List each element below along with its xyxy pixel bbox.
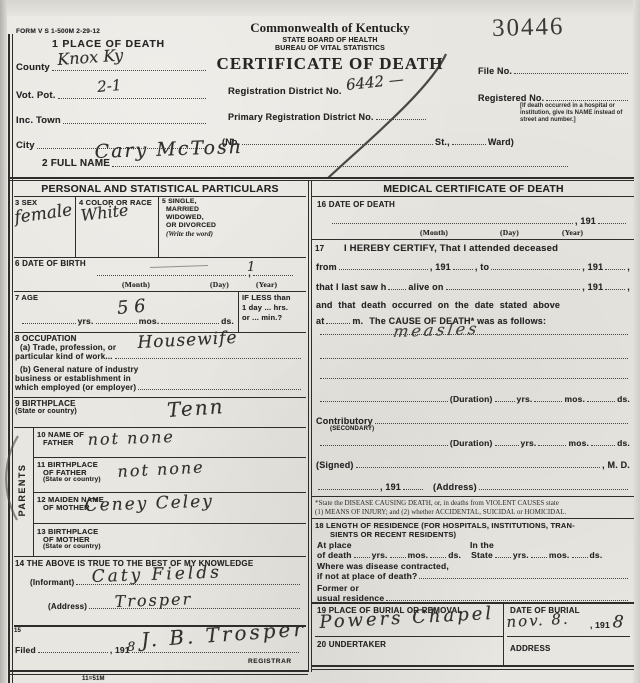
filed-year-handwriting: 8: [127, 640, 135, 655]
informant-address-label: (Address): [48, 602, 87, 611]
comma: ,: [627, 262, 630, 272]
vot-pot-label: Vot. Pot.: [16, 90, 56, 101]
dotted-leader: [491, 268, 580, 270]
dotted-leader: [546, 99, 628, 101]
rule: [14, 291, 306, 292]
year-printed: , 191: [582, 262, 603, 272]
signed-label: (Signed): [316, 460, 354, 470]
dotted-leader: [587, 400, 615, 402]
certify-line: I HEREBY CERTIFY, That I attended deceas…: [344, 243, 558, 254]
footnote-line-1: *State the DISEASE CAUSING DEATH, or, in…: [315, 499, 632, 508]
md-label: , M. D.: [602, 460, 630, 470]
dotted-leader: [132, 651, 299, 653]
file-no-label: File No.: [478, 66, 512, 76]
dotted-leader: [538, 444, 566, 446]
certificate-number: 30446: [492, 13, 565, 43]
year-printed: , 191: [380, 482, 401, 492]
marital-label-4: OR DIVORCED: [166, 222, 216, 229]
dotted-leader: [320, 333, 628, 335]
duration-line-2: (Duration) yrs. mos. ds.: [318, 438, 630, 448]
dotted-leader: [598, 222, 626, 224]
at-label: at: [316, 316, 324, 326]
mos-label: mos.: [568, 438, 589, 448]
yrs-label: yrs.: [521, 438, 537, 448]
yrs-label: yrs.: [78, 316, 94, 326]
dotted-leader: [495, 556, 511, 558]
dob-day-label: (Day): [210, 280, 229, 289]
date-of-death-label: 16 DATE OF DEATH: [317, 200, 395, 209]
marital-label-1: 5 SINGLE,: [162, 198, 197, 205]
yrs-label: yrs.: [372, 550, 388, 560]
contributory-line: Contributory: [316, 416, 630, 426]
residence-heading-2: SIENTS OR RECENT RESIDENTS): [330, 530, 456, 539]
rule: [33, 457, 306, 458]
registered-no-label: Registered No.: [478, 93, 544, 103]
form-number: FORM V S 1-500M 2-29-12: [16, 28, 100, 35]
father-birthplace-handwriting: not none: [117, 457, 205, 481]
dotted-leader: [572, 556, 588, 558]
bottom-rule-left-2: [8, 674, 308, 675]
dotted-leader: [58, 97, 206, 99]
dotted-leader: [531, 556, 547, 558]
disease-contracted-label: if not at place of death?: [317, 571, 417, 581]
dotted-leader: [320, 377, 628, 379]
yrs-label: yrs.: [517, 394, 533, 404]
undertaker-address-label: ADDRESS: [510, 644, 551, 653]
burial-date-year-printed: , 191: [590, 620, 610, 630]
rule: [33, 523, 306, 524]
column-divider: [308, 180, 309, 672]
dotted-leader: [453, 268, 473, 270]
bottom-rule-right: [311, 665, 634, 667]
bottom-rule-left: [8, 670, 308, 672]
mother-name-label-2: OF MOTHER: [43, 503, 90, 512]
father-name-handwriting: not none: [87, 427, 175, 449]
registrar-label: REGISTRAR: [248, 658, 292, 665]
dotted-leader: [96, 322, 137, 324]
if-less-line-2: 1 day ... hrs.: [242, 303, 288, 312]
dotted-leader: [320, 400, 448, 402]
birthplace-label: 9 BIRTHPLACE: [15, 399, 76, 408]
dotted-leader: [605, 288, 625, 290]
occupation-b1: (b) General nature of industry: [20, 365, 138, 374]
street-ward-label: Ward): [488, 137, 514, 147]
signed-date-address-line: , 191 (Address): [316, 482, 630, 492]
dotted-leader: [479, 488, 628, 490]
former-residence-line-1: Former or: [317, 583, 359, 593]
city-label: City: [16, 140, 35, 151]
from-label: from: [316, 262, 337, 272]
dotted-leader: [386, 599, 628, 601]
father-birthplace-label-3: (State or country): [43, 476, 101, 483]
duration-label: (Duration): [450, 394, 493, 404]
dotted-leader: [495, 400, 515, 402]
residence-heading-1: 18 LENGTH OF RESIDENCE (FOR HOSPITALS, I…: [315, 521, 575, 530]
mos-label: mos.: [549, 550, 570, 560]
ds-label: ds.: [590, 550, 603, 560]
street-row: (No. St., Ward): [222, 137, 514, 147]
dotted-leader: [242, 143, 433, 145]
filed-label: Filed: [15, 645, 36, 655]
county-label: County: [16, 62, 50, 73]
scan-edge-right: [633, 0, 640, 683]
occupation-a2-line: particular kind of work...: [15, 352, 303, 361]
occupation-a2: particular kind of work...: [15, 352, 113, 361]
informant-label: (Informant): [30, 578, 74, 587]
dotted-leader: [403, 488, 423, 490]
section-divider: [8, 177, 634, 179]
dotted-leader: [376, 118, 426, 120]
if-less-box-border: [238, 291, 239, 332]
hospital-note: [If death occurred in a hospital or inst…: [520, 103, 632, 124]
undertaker-label: 20 UNDERTAKER: [317, 640, 386, 649]
dotted-leader: [97, 274, 246, 276]
dotted-leader: [375, 422, 628, 424]
age-label: 7 AGE: [15, 293, 38, 302]
rule: [14, 196, 306, 197]
cause-of-death-handwriting: measles: [392, 319, 481, 341]
cell-divider: [75, 196, 76, 257]
registration-district-label: Registration District No.: [228, 86, 342, 97]
cause-dotted-line-3: [318, 377, 630, 381]
occupation-b2: business or establishment in: [15, 374, 131, 383]
duration-line-1: (Duration) yrs. mos. ds.: [318, 394, 630, 404]
ds-label: ds.: [617, 438, 630, 448]
cause-dotted-line-2: [318, 357, 630, 361]
inc-town-row: Inc. Town: [16, 115, 208, 126]
address-label: (Address): [433, 482, 477, 492]
dod-day-label: (Day): [500, 228, 519, 237]
burial-date-year-handwriting: 8: [612, 612, 624, 633]
occupation-label: 8 OCCUPATION: [15, 334, 77, 343]
dotted-leader: [534, 400, 562, 402]
dob-month-label: (Month): [122, 280, 150, 289]
dob-line: ,: [95, 268, 295, 278]
left-border-line-2: [12, 34, 13, 683]
dotted-leader: [22, 322, 76, 324]
occupation-a1: (a) Trade, profession, or: [20, 343, 116, 352]
dotted-leader: [390, 556, 406, 558]
mos-label: mos.: [564, 394, 585, 404]
birthplace-handwriting: Tenn: [166, 394, 225, 422]
rule: [14, 556, 306, 557]
occupation-b3-line: which employed (or employer): [15, 383, 303, 392]
ds-label: ds.: [221, 316, 234, 326]
scan-edge-left: [0, 0, 7, 683]
medical-heading: MEDICAL CERTIFICATE OF DEATH: [315, 183, 632, 195]
cause-dotted-line-1: [318, 333, 630, 337]
dotted-leader: [332, 222, 573, 224]
residence-units-line: of death yrs. mos. ds. State yrs. mos. d…: [317, 550, 630, 560]
dotted-leader: [419, 577, 628, 579]
state-board-line: STATE BOARD OF HEALTH: [200, 37, 460, 44]
dotted-leader: [430, 556, 446, 558]
signed-line: (Signed) , M. D.: [316, 460, 630, 470]
dotted-leader: [339, 268, 428, 270]
dod-year-label: (Year): [562, 228, 583, 237]
alive-on-label: alive on: [408, 282, 443, 292]
mos-label: mos.: [408, 550, 429, 560]
rule: [311, 196, 634, 197]
ds-label: ds.: [617, 394, 630, 404]
dotted-leader: [161, 322, 219, 324]
to-label: , to: [475, 262, 489, 272]
dotted-leader: [115, 357, 301, 359]
dotted-leader: [318, 488, 378, 490]
attended-from-line: from , 191 , to , 191 ,: [316, 262, 630, 272]
print-code: 11=51M: [82, 676, 105, 682]
disease-contracted-line-2: if not at place of death?: [317, 571, 630, 581]
bottom-rule-right-2: [311, 669, 634, 670]
in-the-label: In the: [470, 540, 494, 550]
dob-label: 6 DATE OF BIRTH: [15, 259, 86, 268]
if-less-line-1: IF LESS than: [242, 293, 291, 302]
burial-place-underline: [315, 636, 503, 637]
dotted-leader: [253, 274, 293, 276]
dob-year-handwriting: 1: [247, 260, 255, 275]
column-divider-2: [311, 180, 312, 672]
state-label: State: [471, 550, 493, 560]
inc-town-label: Inc. Town: [16, 115, 61, 126]
vot-pot-handwriting: 2-1: [96, 76, 122, 96]
if-less-line-3: or ... min.?: [242, 313, 282, 322]
m-label: m.: [352, 316, 363, 326]
dod-month-label: (Month): [420, 228, 448, 237]
dod-year-printed: , 191: [575, 216, 596, 226]
mother-birthplace-label-3: (State or country): [43, 543, 101, 550]
last-saw-line: that I last saw h alive on , 191 ,: [316, 282, 630, 292]
personal-heading: PERSONAL AND STATISTICAL PARTICULARS: [14, 183, 306, 195]
left-border-line: [8, 34, 10, 683]
contributory-label: Contributory: [316, 416, 373, 426]
file-no-row: File No.: [478, 66, 630, 76]
occupation-handwriting: Housewife: [137, 328, 238, 353]
burial-cell-divider: [503, 602, 504, 667]
last-saw-label: that I last saw h: [316, 282, 386, 292]
comma: ,: [627, 282, 630, 292]
secondary-label: (SECONDARY): [330, 426, 374, 432]
footnote-line-2: (1) MEANS OF INJURY; and (2) whether ACC…: [315, 508, 632, 517]
rule: [311, 496, 634, 497]
section-divider-2: [8, 180, 634, 181]
rule: [14, 397, 306, 398]
occupation-b3: which employed (or employer): [15, 383, 136, 392]
birthplace-sub-label: (State or country): [15, 408, 77, 415]
dob-year-label: (Year): [256, 280, 277, 289]
dotted-leader: [320, 357, 628, 359]
age-handwriting: 5 6: [116, 296, 146, 319]
mos-label: mos.: [139, 316, 160, 326]
at-place-label: At place: [317, 540, 352, 550]
commonwealth-title: Commonwealth of Kentucky: [200, 20, 460, 36]
street-st-label: St.,: [435, 137, 450, 147]
dotted-leader: [38, 651, 108, 653]
marital-label-3: WIDOWED,: [166, 214, 204, 221]
cell-divider: [158, 196, 159, 257]
duration-label: (Duration): [450, 438, 493, 448]
dotted-leader: [495, 444, 519, 446]
dotted-leader: [446, 288, 581, 290]
dotted-leader: [514, 72, 628, 74]
disease-contracted-line-1: Where was disease contracted,: [317, 561, 449, 571]
rule: [14, 257, 306, 258]
dotted-leader: [112, 165, 568, 167]
rule: [311, 518, 634, 519]
margin-pen-arc: [0, 432, 22, 524]
dotted-leader: [452, 143, 486, 145]
dotted-leader: [52, 69, 206, 71]
dotted-leader: [138, 388, 301, 390]
death-certificate-scan: FORM V S 1-500M 2-29-12 1 PLACE OF DEATH…: [0, 0, 640, 683]
date-of-death-line: , 191: [330, 216, 628, 226]
death-occurred-line: and that death occurred on the date stat…: [316, 300, 630, 310]
dotted-leader: [605, 268, 625, 270]
dotted-leader: [354, 556, 370, 558]
dotted-leader: [63, 122, 206, 124]
burial-date-handwriting: nov. 8.: [506, 610, 570, 631]
dotted-leader: [356, 466, 600, 468]
dotted-leader: [388, 288, 406, 290]
rule: [311, 239, 634, 240]
section-15-label: 15: [14, 628, 21, 634]
primary-registration-row: Primary Registration District No.: [228, 112, 428, 122]
informant-address-handwriting: Trosper: [114, 589, 192, 611]
primary-registration-label: Primary Registration District No.: [228, 112, 374, 122]
father-name-label-2: FATHER: [43, 438, 74, 447]
burial-date-underline: [507, 636, 630, 637]
dotted-leader: [320, 444, 448, 446]
marital-label-2: MARRIED: [166, 206, 199, 213]
of-death-label: of death: [317, 550, 352, 560]
section-17-label: 17: [315, 244, 324, 253]
marital-label-5: (Write the word): [166, 230, 213, 238]
year-printed: , 191: [430, 262, 451, 272]
ds-label: ds.: [448, 550, 461, 560]
registered-no-row: Registered No.: [478, 93, 630, 103]
mother-name-handwriting: Ceney Celey: [84, 492, 214, 516]
yrs-label: yrs.: [513, 550, 529, 560]
year-printed: , 191: [582, 282, 603, 292]
dotted-leader: [326, 322, 350, 324]
dotted-leader: [591, 444, 615, 446]
